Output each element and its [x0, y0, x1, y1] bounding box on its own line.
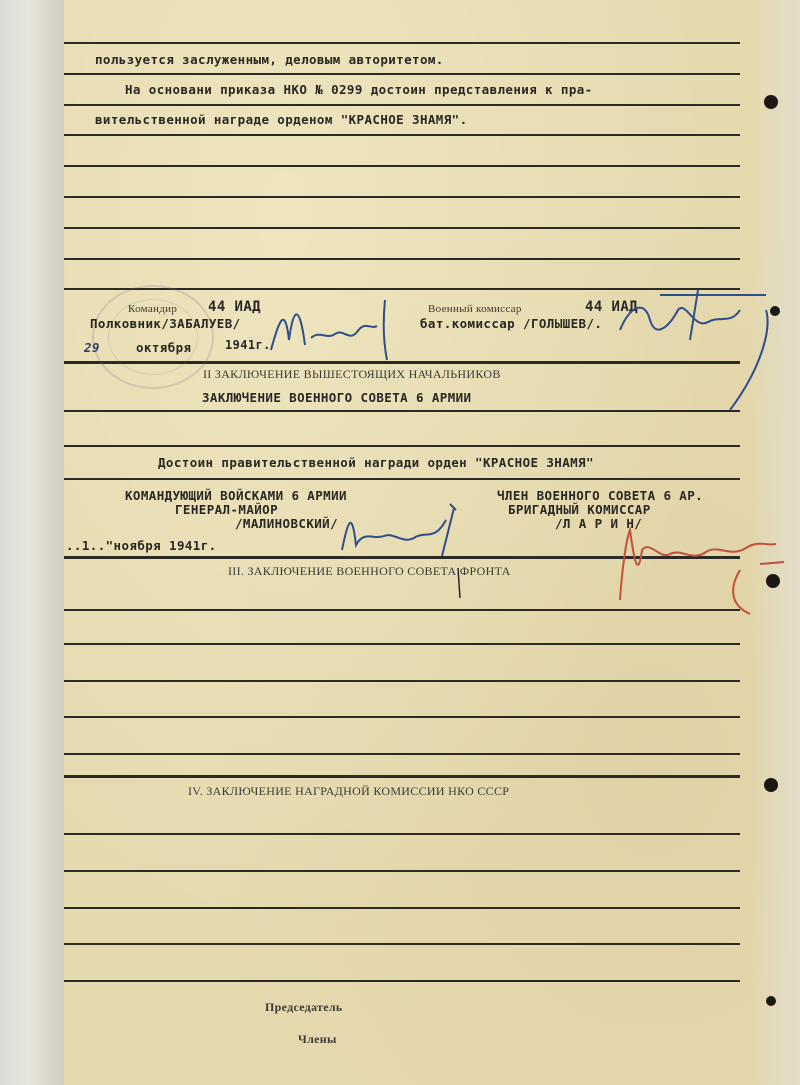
- army-commander-title: КОМАНДУЮЩИЙ ВОЙСКАМИ 6 АРМИИ: [125, 488, 347, 503]
- date-day: 29: [84, 340, 100, 355]
- date-month: октября: [136, 340, 191, 355]
- section-2-verdict: Достоин правительственной награди орден …: [158, 455, 594, 470]
- ruled-line: [64, 680, 740, 682]
- ruled-line: [64, 134, 740, 136]
- larin-signature: [600, 510, 790, 620]
- section-2-subheading: ЗАКЛЮЧЕНИЕ ВОЕННОГО СОВЕТА 6 АРМИИ: [202, 390, 471, 405]
- ruled-line: [64, 42, 740, 44]
- commander-unit: 44 ИАД: [208, 299, 261, 315]
- chairman-label: Председатель: [265, 1000, 343, 1015]
- section-2-date: ..1.."ноября 1941г.: [66, 538, 217, 553]
- ruled-line: [64, 104, 740, 106]
- punch-hole: [764, 778, 778, 792]
- commissar-rank-name: бат.комиссар /ГОЛЫШЕВ/.: [420, 316, 602, 331]
- scan-margin: [0, 0, 64, 1085]
- ruled-line: [64, 643, 740, 645]
- ruled-line: [64, 165, 740, 167]
- ruled-line: [64, 907, 740, 909]
- ruled-line: [64, 753, 740, 755]
- body-line: На основани приказа НКО № 0299 достоин п…: [125, 82, 593, 97]
- commissar-label: Военный комиссар: [428, 303, 522, 315]
- ruled-line: [64, 445, 740, 447]
- commissar-signature: [590, 270, 780, 420]
- council-member-title: ЧЛЕН ВОЕННОГО СОВЕТА 6 АР.: [497, 488, 703, 503]
- punch-hole: [766, 996, 776, 1006]
- ruled-line: [64, 980, 740, 982]
- date-year: 1941г.: [225, 338, 271, 352]
- section-divider: [64, 775, 740, 778]
- ruled-line: [64, 227, 740, 229]
- ruled-line: [64, 196, 740, 198]
- members-label: Члены: [298, 1032, 337, 1047]
- body-line: вительственной награде орденом "КРАСНОЕ …: [95, 112, 468, 127]
- ruled-line: [64, 258, 740, 260]
- body-line: пользуется заслуженным, деловым авторите…: [95, 52, 444, 67]
- section-2-heading: II ЗАКЛЮЧЕНИЕ ВЫШЕСТОЯЩИХ НАЧАЛЬНИКОВ: [203, 367, 501, 382]
- ruled-line: [64, 943, 740, 945]
- ruled-line: [64, 73, 740, 75]
- punch-hole: [764, 95, 778, 109]
- section-4-heading: IV. ЗАКЛЮЧЕНИЕ НАГРАДНОЙ КОМИССИИ НКО СС…: [188, 784, 509, 799]
- ruled-line: [64, 833, 740, 835]
- pen-stroke: [448, 566, 468, 600]
- army-commander-rank: ГЕНЕРАЛ-МАЙОР: [175, 502, 278, 517]
- commander-signature: [265, 290, 405, 370]
- ruled-line: [64, 478, 740, 480]
- section-3-heading: III. ЗАКЛЮЧЕНИЕ ВОЕННОГО СОВЕТА ФРОНТА: [228, 564, 511, 579]
- ruled-line: [64, 870, 740, 872]
- malinovsky-signature: [330, 500, 480, 560]
- commander-rank-name: Полковник/ЗАБАЛУЕВ/: [90, 316, 241, 331]
- official-stamp: [92, 285, 214, 389]
- commander-label: Командир: [128, 303, 177, 315]
- army-commander-name: /МАЛИНОВСКИЙ/: [235, 516, 338, 531]
- ruled-line: [64, 716, 740, 718]
